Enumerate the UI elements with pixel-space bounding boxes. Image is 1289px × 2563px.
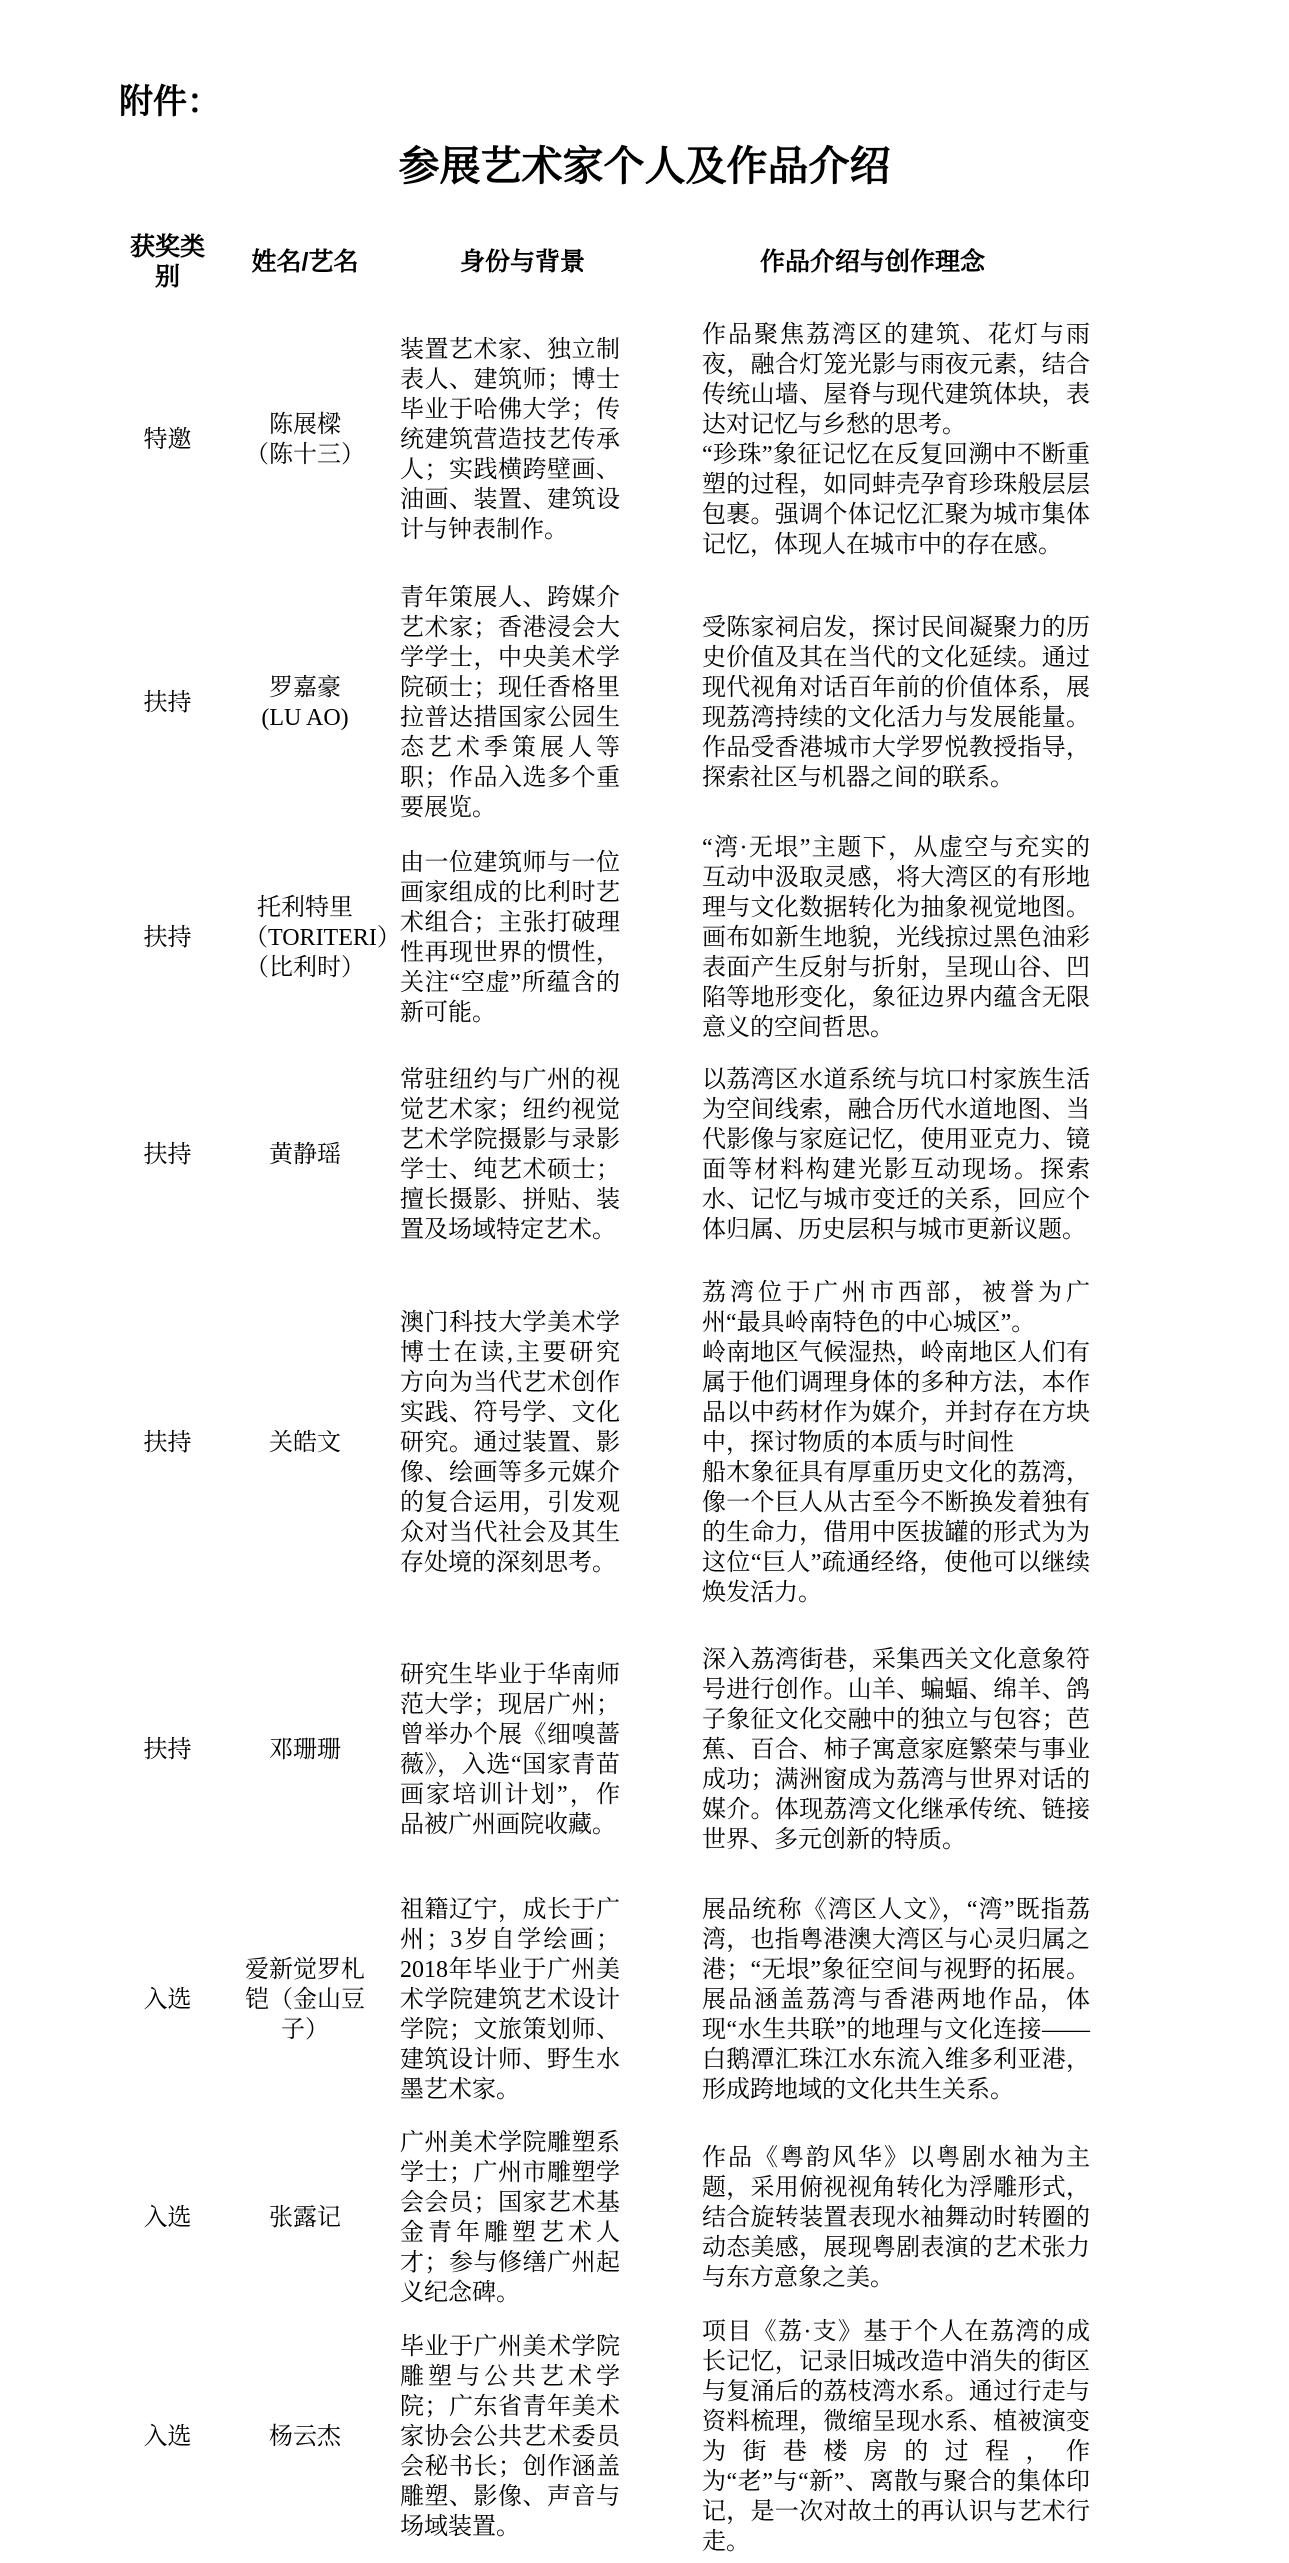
award-category-cell: 入选 bbox=[120, 1875, 215, 2125]
header-artist-name: 姓名/艺名 bbox=[215, 224, 395, 300]
artist-background-cell: 由一位建筑师与一位画家组成的比利时艺术组合；主张打破理性再现世界的惯性，关注“空… bbox=[395, 825, 650, 1050]
table-row: 特邀 陈展樑 （陈十三） 装置艺术家、独立制表人、建筑师；博士毕业于哈佛大学；传… bbox=[120, 300, 1095, 580]
artwork-intro-cell: “湾·无垠”主题下，从虚空与充实的互动中汲取灵感，将大湾区的有形地理与文化数据转… bbox=[650, 825, 1095, 1050]
page-title: 参展艺术家个人及作品介绍 bbox=[0, 142, 1289, 191]
attachment-label: 附件： bbox=[119, 82, 221, 123]
artist-name-cell: 托利特里 （TORITERI）（比利时） bbox=[215, 825, 395, 1050]
header-award-category: 获奖类别 bbox=[120, 224, 215, 300]
award-category-cell: 扶持 bbox=[120, 580, 215, 825]
header-artwork-intro: 作品介绍与创作理念 bbox=[650, 224, 1095, 300]
artist-name-cell: 黄静瑶 bbox=[215, 1050, 395, 1260]
artist-name-cell: 张露记 bbox=[215, 2125, 395, 2310]
artwork-intro-cell: 以荔湾区水道系统与坑口村家族生活为空间线索，融合历代水道地图、当代影像与家庭记忆… bbox=[650, 1050, 1095, 1260]
table-row: 入选 爱新觉罗札铠（金山豆子） 祖籍辽宁，成长于广州；3岁自学绘画；2018年毕… bbox=[120, 1875, 1095, 2125]
artists-table: 获奖类别 姓名/艺名 身份与背景 作品介绍与创作理念 特邀 陈展樑 （陈十三） … bbox=[120, 224, 1095, 2563]
table-header-row: 获奖类别 姓名/艺名 身份与背景 作品介绍与创作理念 bbox=[120, 224, 1095, 300]
award-category-cell: 入选 bbox=[120, 2125, 215, 2310]
artist-background-cell: 研究生毕业于华南师范大学；现居广州；曾举办个展《细嗅蔷薇》，入选“国家青苗画家培… bbox=[395, 1625, 650, 1875]
award-category-cell: 入选 bbox=[120, 2310, 215, 2563]
artwork-intro-cell: 深入荔湾街巷，采集西关文化意象符号进行创作。山羊、蝙蝠、绵羊、鸽子象征文化交融中… bbox=[650, 1625, 1095, 1875]
award-category-cell: 扶持 bbox=[120, 825, 215, 1050]
artwork-intro-cell: 作品《粤韵风华》以粤剧水袖为主题，采用俯视视角转化为浮雕形式，结合旋转装置表现水… bbox=[650, 2125, 1095, 2310]
artist-name-cell: 杨云杰 bbox=[215, 2310, 395, 2563]
header-background: 身份与背景 bbox=[395, 224, 650, 300]
award-category-cell: 扶持 bbox=[120, 1050, 215, 1260]
award-category-cell: 扶持 bbox=[120, 1625, 215, 1875]
artist-name-cell: 爱新觉罗札铠（金山豆子） bbox=[215, 1875, 395, 2125]
artist-name-cell: 陈展樑 （陈十三） bbox=[215, 300, 395, 580]
artwork-intro-cell: 展品统称《湾区人文》，“湾”既指荔湾，也指粤港澳大湾区与心灵归属之港；“无垠”象… bbox=[650, 1875, 1095, 2125]
award-category-cell: 特邀 bbox=[120, 300, 215, 580]
table-row: 扶持 罗嘉豪 (LU AO) 青年策展人、跨媒介艺术家；香港浸会大学学士，中央美… bbox=[120, 580, 1095, 825]
artist-background-cell: 广州美术学院雕塑系学士；广州市雕塑学会会员；国家艺术基金青年雕塑艺术人才；参与修… bbox=[395, 2125, 650, 2310]
award-category-cell: 扶持 bbox=[120, 1260, 215, 1625]
artist-background-cell: 常驻纽约与广州的视觉艺术家；纽约视觉艺术学院摄影与录影学士、纯艺术硕士；擅长摄影… bbox=[395, 1050, 650, 1260]
table-row: 扶持 托利特里 （TORITERI）（比利时） 由一位建筑师与一位画家组成的比利… bbox=[120, 825, 1095, 1050]
artist-name-cell: 邓珊珊 bbox=[215, 1625, 395, 1875]
artwork-intro-cell: 项目《荔·支》基于个人在荔湾的成长记忆，记录旧城改造中消失的街区与复涌后的荔枝湾… bbox=[650, 2310, 1095, 2563]
artist-background-cell: 青年策展人、跨媒介艺术家；香港浸会大学学士，中央美术学院硕士；现任香格里拉普达措… bbox=[395, 580, 650, 825]
table-row: 扶持 邓珊珊 研究生毕业于华南师范大学；现居广州；曾举办个展《细嗅蔷薇》，入选“… bbox=[120, 1625, 1095, 1875]
artwork-intro-cell: 荔湾位于广州市西部，被誉为广州“最具岭南特色的中心城区”。 岭南地区气候湿热，岭… bbox=[650, 1260, 1095, 1625]
table-row: 扶持 黄静瑶 常驻纽约与广州的视觉艺术家；纽约视觉艺术学院摄影与录影学士、纯艺术… bbox=[120, 1050, 1095, 1260]
artist-background-cell: 祖籍辽宁，成长于广州；3岁自学绘画；2018年毕业于广州美术学院建筑艺术设计学院… bbox=[395, 1875, 650, 2125]
artist-background-cell: 装置艺术家、独立制表人、建筑师；博士毕业于哈佛大学；传统建筑营造技艺传承人；实践… bbox=[395, 300, 650, 580]
artist-name-cell: 罗嘉豪 (LU AO) bbox=[215, 580, 395, 825]
artwork-intro-cell: 受陈家祠启发，探讨民间凝聚力的历史价值及其在当代的文化延续。通过现代视角对话百年… bbox=[650, 580, 1095, 825]
table-row: 入选 张露记 广州美术学院雕塑系学士；广州市雕塑学会会员；国家艺术基金青年雕塑艺… bbox=[120, 2125, 1095, 2310]
artist-name-cell: 关皓文 bbox=[215, 1260, 395, 1625]
artist-background-cell: 毕业于广州美术学院雕塑与公共艺术学院；广东省青年美术家协会公共艺术委员会秘书长；… bbox=[395, 2310, 650, 2563]
document-page: 附件： 参展艺术家个人及作品介绍 获奖类别 姓名/艺名 身份与背景 作品介绍与创… bbox=[0, 0, 1289, 2563]
table-row: 扶持 关皓文 澳门科技大学美术学博士在读,主要研究方向为当代艺术创作实践、符号学… bbox=[120, 1260, 1095, 1625]
table-row: 入选 杨云杰 毕业于广州美术学院雕塑与公共艺术学院；广东省青年美术家协会公共艺术… bbox=[120, 2310, 1095, 2563]
artist-background-cell: 澳门科技大学美术学博士在读,主要研究方向为当代艺术创作实践、符号学、文化研究。通… bbox=[395, 1260, 650, 1625]
artwork-intro-cell: 作品聚焦荔湾区的建筑、花灯与雨夜，融合灯笼光影与雨夜元素，结合传统山墙、屋脊与现… bbox=[650, 300, 1095, 580]
